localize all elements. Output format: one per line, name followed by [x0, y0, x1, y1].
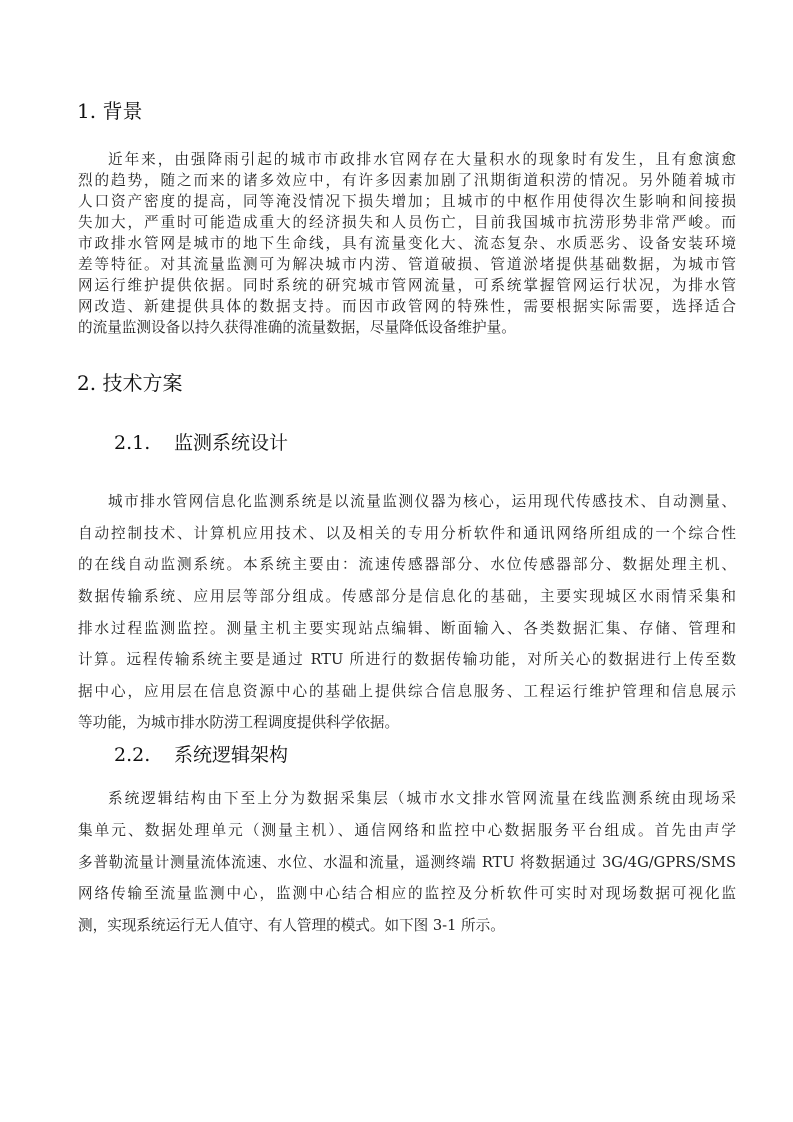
paragraph-line: 市政排水管网是城市的地下生命线，具有流量变化大、流态复杂、水质恶劣、设备安装环境 [78, 232, 736, 253]
subheading-logical-architecture: 2.2.系统逻辑架构 [114, 743, 288, 767]
paragraph-line: 测，实现系统运行无人值守、有人管理的模式。如下图 3-1 所示。 [78, 914, 736, 935]
paragraph-line: 城市排水管网信息化监测系统是以流量监测仪器为核心，运用现代传感技术、自动测量、 [108, 490, 736, 511]
paragraph-line: 差等特征。对其流量监测可为解决城市内涝、管道破损、管道淤堵提供基础数据，为城市管 [78, 253, 736, 274]
paragraph-line: 近年来，由强降雨引起的城市市政排水官网存在大量积水的现象时有发生，且有愈演愈 [108, 148, 736, 169]
paragraph-line: 的在线自动监测系统。本系统主要由：流速传感器部分、水位传感器部分、数据处理主机、 [78, 553, 736, 574]
paragraph-line: 网改造、新建提供具体的数据支持。而因市政管网的特殊性，需要根据实际需要，选择适合 [78, 295, 736, 316]
paragraph-line: 计算。远程传输系统主要是通过 RTU 所进行的数据传输功能，对所关心的数据进行上… [78, 648, 736, 669]
paragraph-line: 等功能，为城市排水防涝工程调度提供科学依据。 [78, 711, 736, 732]
paragraph-line: 自动控制技术、计算机应用技术、以及相关的专用分析软件和通讯网络所组成的一个综合性 [78, 522, 736, 543]
paragraph-line: 数据传输系统、应用层等部分组成。传感部分是信息化的基础，主要实现城区水雨情采集和 [78, 585, 736, 606]
subheading-number: 2.1. [114, 431, 174, 455]
paragraph-line: 烈的趋势，随之而来的诸多效应中，有许多因素加剧了汛期街道积涝的情况。另外随着城市 [78, 169, 736, 190]
paragraph-line: 网络传输至流量监测中心，监测中心结合相应的监控及分析软件可实时对现场数据可视化监 [78, 882, 736, 903]
subheading-title: 系统逻辑架构 [174, 744, 288, 766]
heading-technical-plan: 2. 技术方案 [77, 371, 182, 395]
heading-background: 1. 背景 [77, 99, 142, 123]
paragraph-line: 集单元、数据处理单元（测量主机）、通信网络和监控中心数据服务平台组成。首先由声学 [78, 819, 736, 840]
subheading-number: 2.2. [114, 743, 174, 767]
paragraph-line: 网运行维护提供依据。同时系统的研究城市管网流量，可系统掌握管网运行状况，为排水管 [78, 274, 736, 295]
document-page: 1. 背景 近年来，由强降雨引起的城市市政排水官网存在大量积水的现象时有发生，且… [0, 0, 793, 1122]
paragraph-line: 失加大，严重时可能造成重大的经济损失和人员伤亡，目前我国城市抗涝形势非常严峻。而 [78, 211, 736, 232]
paragraph-line: 的流量监测设备以持久获得准确的流量数据，尽量降低设备维护量。 [78, 316, 736, 337]
paragraph-line: 排水过程监测监控。测量主机主要实现站点编辑、断面输入、各类数据汇集、存储、管理和 [78, 617, 736, 638]
paragraph-line: 多普勒流量计测量流体流速、水位、水温和流量，遥测终端 RTU 将数据通过 3G/… [78, 851, 736, 872]
paragraph-line: 系统逻辑结构由下至上分为数据采集层（城市水文排水管网流量在线监测系统由现场采 [108, 787, 736, 808]
paragraph-line: 人口资产密度的提高，同等淹没情况下损失增加；且城市的中枢作用使得次生影响和间接损 [78, 190, 736, 211]
subheading-title: 监测系统设计 [174, 432, 288, 454]
paragraph-line: 据中心，应用层在信息资源中心的基础上提供综合信息服务、工程运行维护管理和信息展示 [78, 680, 736, 701]
subheading-monitoring-design: 2.1.监测系统设计 [114, 431, 288, 455]
